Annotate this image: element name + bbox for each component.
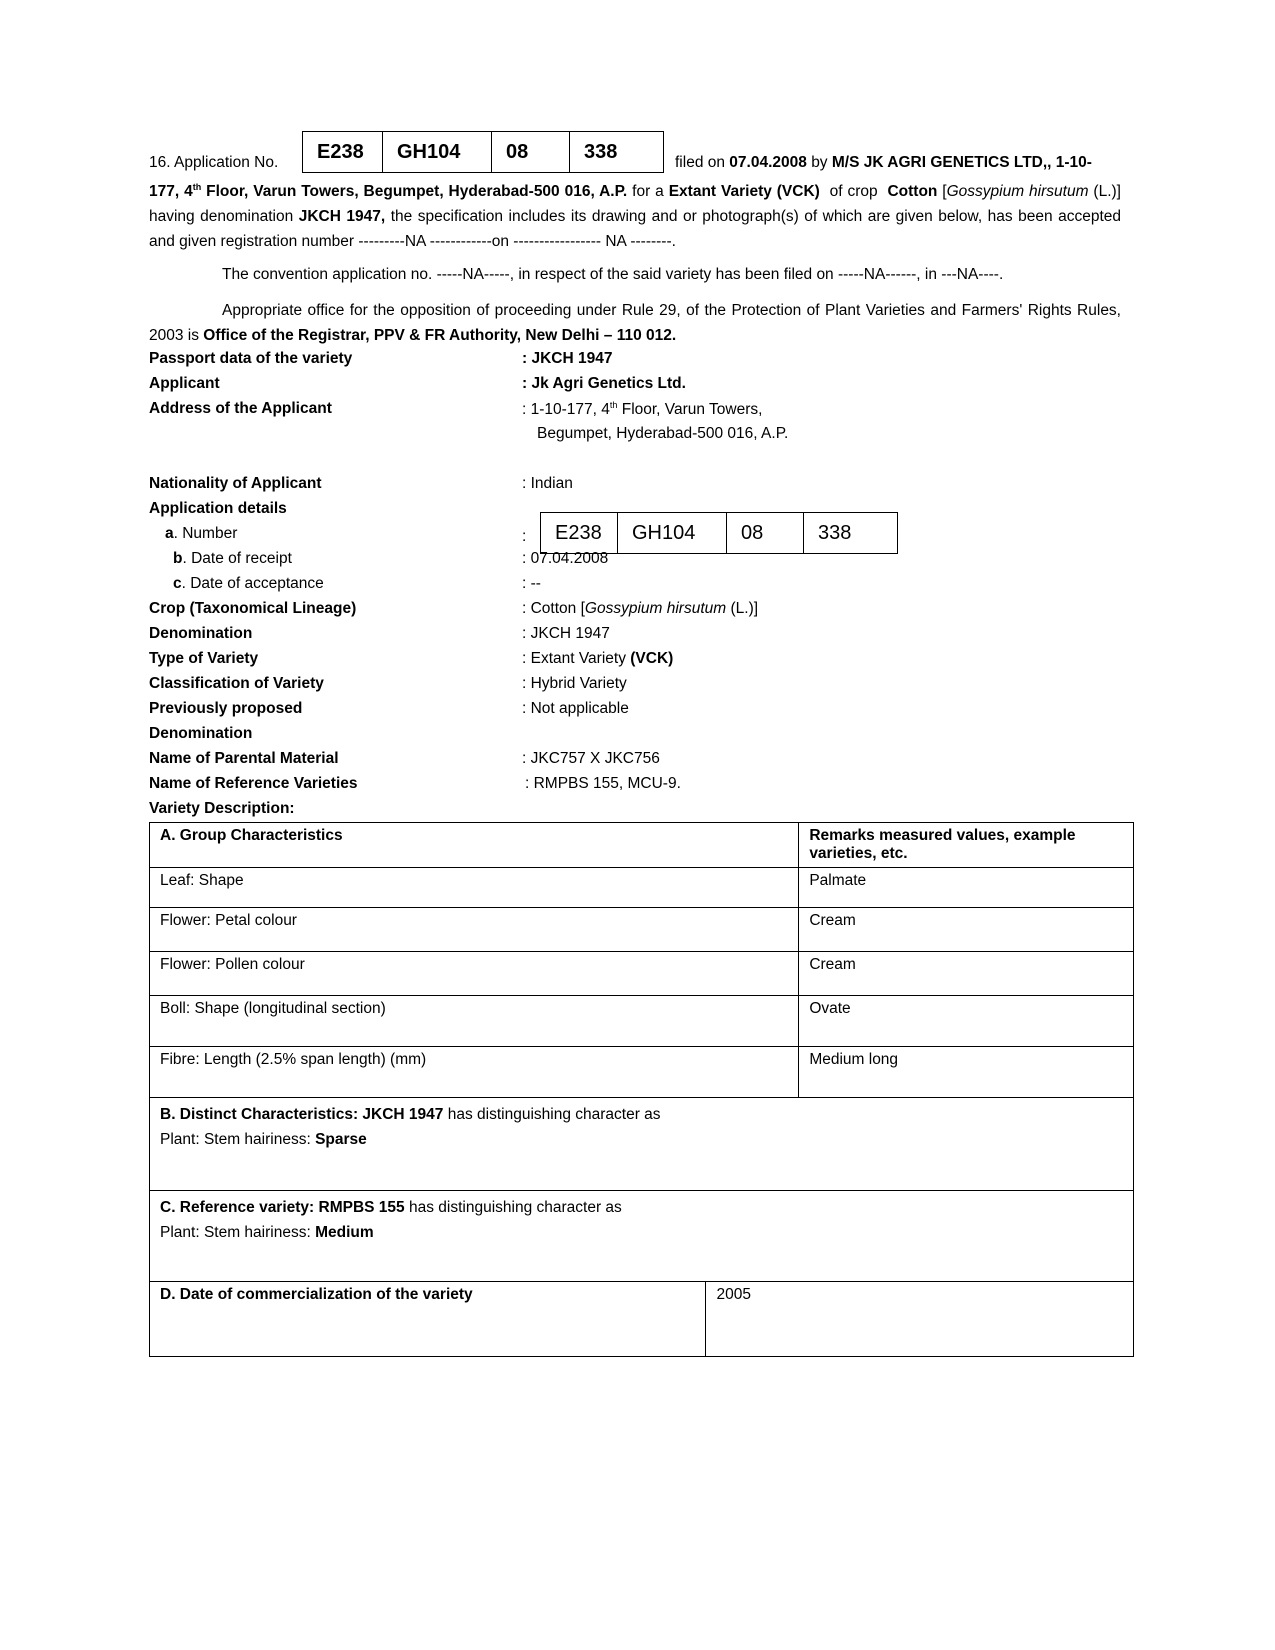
opposition-office: Office of the Registrar, PPV & FR Author… [203,327,676,344]
applicant-address-caps: 177, 4th Floor, Varun Towers, Begumpet, … [149,183,627,200]
commercialization-value-cell: 2005 [706,1282,1134,1357]
remark-cell: Ovate [799,996,1134,1047]
nationality-label: Nationality of Applicant [149,475,322,493]
application-number-box: E238 GH104 08 338 [302,131,664,173]
by-text: by [811,154,827,171]
address-line1-pre: : 1-10-177, 4 [522,401,610,418]
section-c-line: Plant: Stem hairiness: [160,1224,315,1241]
previous-denomination-label-1: Previously proposed [149,700,302,718]
variety-type: Extant Variety (VCK) [669,183,820,200]
acceptance-label: c. Date of acceptance [173,575,324,593]
of-crop-text: of crop [830,183,878,200]
variety-description-label: Variety Description: [149,800,295,818]
crop-name: Cotton [887,183,937,200]
receipt-label: b. Date of receipt [173,550,292,568]
address-line2: Begumpet, Hyderabad-500 016, A.P. [537,425,788,443]
crop-latin-suffix: (L.)] [1093,183,1121,200]
acceptance-value: : -- [522,575,541,593]
previous-denomination-value: : Not applicable [522,700,629,718]
remark-cell: Medium long [799,1047,1134,1098]
table-row: Fibre: Length (2.5% span length) (mm) Me… [150,1047,1134,1098]
app-no-part-4: 338 [570,132,663,172]
applicant-value: : Jk Agri Genetics Ltd. [522,375,686,393]
number-box-3: 08 [727,513,804,553]
classification-value: : Hybrid Variety [522,675,627,693]
filed-on-text: filed on [675,154,725,171]
table-row: Leaf: Shape Palmate [150,868,1134,908]
reference-value: : RMPBS 155, MCU-9. [525,775,681,793]
for-a-text: for a [632,183,664,200]
section-c-title: C. Reference variety: RMPBS 155 [160,1199,405,1216]
distinct-characteristics-cell: B. Distinct Characteristics: JKCH 1947 h… [150,1098,1134,1191]
filed-info: filed on 07.04.2008 by M/S JK AGRI GENET… [675,150,1092,175]
application-details-label: Application details [149,500,287,518]
type-value-pre: : Extant Variety [522,650,630,667]
characteristic-cell: Leaf: Shape [150,868,799,908]
application-paragraph: 177, 4th Floor, Varun Towers, Begumpet, … [149,175,1121,254]
acceptance-label-text: . Date of acceptance [182,575,324,592]
header-remarks: Remarks measured values, example varieti… [799,823,1134,868]
number-label-text: . Number [174,525,238,542]
convention-paragraph: The convention application no. -----NA--… [222,262,1003,287]
section-d-row: D. Date of commercialization of the vari… [150,1282,1134,1357]
address-label: Address of the Applicant [149,400,332,418]
commercialization-label-cell: D. Date of commercialization of the vari… [150,1282,706,1357]
crop-value: : Cotton [Gossypium hirsutum (L.)] [522,600,758,618]
address-line1: : 1-10-177, 4th Floor, Varun Towers, [522,400,762,419]
number-letter: a [165,525,174,542]
receipt-value: : 07.04.2008 [522,550,608,568]
number-label: a. Number [165,525,237,543]
characteristic-cell: Boll: Shape (longitudinal section) [150,996,799,1047]
crop-value-pre: : Cotton [ [522,600,585,617]
reference-variety-cell: C. Reference variety: RMPBS 155 has dist… [150,1191,1134,1282]
characteristic-cell: Flower: Pollen colour [150,952,799,996]
app-no-part-1: E238 [303,132,383,172]
section-b-value: Sparse [315,1131,367,1148]
acceptance-letter: c [173,575,182,592]
variety-description-table: A. Group Characteristics Remarks measure… [149,822,1134,1357]
previous-denomination-label-2: Denomination [149,725,252,743]
parental-label: Name of Parental Material [149,750,339,768]
application-number-box-2: E238 GH104 08 338 [540,512,898,554]
section-c-title-rest: has distinguishing character as [405,1199,622,1216]
remark-cell: Cream [799,952,1134,996]
denomination-label: Denomination [149,625,252,643]
type-value-bold: (VCK) [630,650,673,667]
characteristic-cell: Flower: Petal colour [150,908,799,952]
type-label: Type of Variety [149,650,258,668]
classification-label: Classification of Variety [149,675,324,693]
header-group-characteristics: A. Group Characteristics [150,823,799,868]
applicant-name-caps: M/S JK AGRI GENETICS LTD,, 1-10- [832,154,1092,171]
having-denomination-text: having denomination [149,208,293,225]
crop-value-latin: Gossypium hirsutum [585,600,726,617]
number-box-4: 338 [804,513,897,553]
crop-value-post: (L.)] [726,600,758,617]
denomination-value: : JKCH 1947 [522,625,610,643]
denomination-bold: JKCH 1947, [299,208,385,225]
app-no-part-2: GH104 [383,132,492,172]
crop-label: Crop (Taxonomical Lineage) [149,600,356,618]
address-line1-post: Floor, Varun Towers, [617,401,762,418]
application-prefix: 16. Application No. [149,154,278,171]
passport-label: Passport data of the variety [149,350,352,368]
section-b-title: B. Distinct Characteristics: JKCH 1947 [160,1106,443,1123]
section-b-row: B. Distinct Characteristics: JKCH 1947 h… [150,1098,1134,1191]
remark-cell: Cream [799,908,1134,952]
section-b-title-rest: has distinguishing character as [443,1106,660,1123]
number-box-2: GH104 [618,513,727,553]
characteristic-cell: Fibre: Length (2.5% span length) (mm) [150,1047,799,1098]
type-value: : Extant Variety (VCK) [522,650,673,668]
number-colon: : [522,528,526,546]
crop-latin: Gossypium hirsutum [947,183,1089,200]
paragraph-rest: the specification includes its drawing a… [149,208,1121,250]
table-row: Flower: Petal colour Cream [150,908,1134,952]
receipt-label-text: . Date of receipt [182,550,291,567]
remark-cell: Palmate [799,868,1134,908]
table-header-row: A. Group Characteristics Remarks measure… [150,823,1134,868]
filed-date: 07.04.2008 [729,154,807,171]
table-row: Flower: Pollen colour Cream [150,952,1134,996]
number-box-1: E238 [541,513,618,553]
section-c-value: Medium [315,1224,374,1241]
section-b-line: Plant: Stem hairiness: [160,1131,315,1148]
applicant-label: Applicant [149,375,220,393]
parental-value: : JKC757 X JKC756 [522,750,660,768]
section-c-row: C. Reference variety: RMPBS 155 has dist… [150,1191,1134,1282]
opposition-paragraph: Appropriate office for the opposition of… [149,298,1121,348]
nationality-value: : Indian [522,475,573,493]
table-row: Boll: Shape (longitudinal section) Ovate [150,996,1134,1047]
reference-label: Name of Reference Varieties [149,775,358,793]
passport-value: : JKCH 1947 [522,350,612,368]
application-intro: 16. Application No. [149,150,278,175]
app-no-part-3: 08 [492,132,570,172]
